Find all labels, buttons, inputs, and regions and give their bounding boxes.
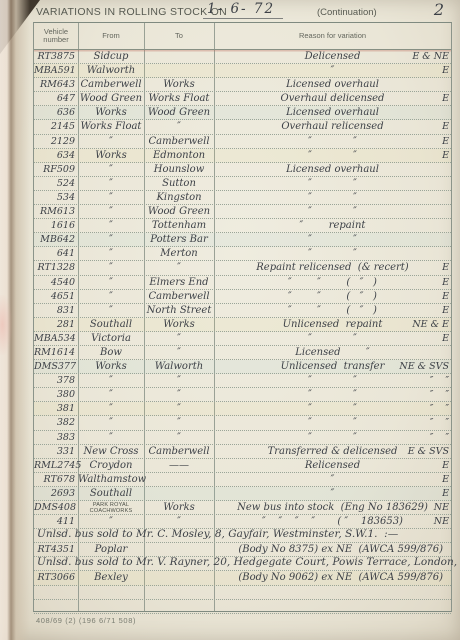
table-header: Vehicle number From To Reason for variat… bbox=[34, 23, 451, 50]
from-cell: ″ bbox=[78, 276, 144, 289]
reason-cell: ″ ″ ( ″ ) bbox=[214, 290, 451, 303]
table-row: 378″″″ ″″ ″ bbox=[34, 374, 451, 388]
from-cell: ″ bbox=[78, 431, 144, 444]
from-cell: Walworth bbox=[78, 64, 144, 77]
reason-cell: ″ ″ bbox=[214, 247, 451, 260]
vehicle-number-cell: RT1328 bbox=[34, 261, 78, 274]
code-cell: E bbox=[442, 332, 449, 345]
table-row: 641″Merton″ ″ bbox=[34, 247, 451, 261]
reason-cell: ″ ″ bbox=[214, 332, 451, 345]
reason-cell: Licensed overhaul bbox=[214, 106, 451, 119]
empty-row bbox=[34, 586, 451, 600]
code-cell: ″ ″ bbox=[430, 402, 449, 415]
table-row: 534″Kingston″ ″ bbox=[34, 191, 451, 205]
note-row: Unlsd. bus sold to Mr. C. Mosley, 8, Gay… bbox=[34, 529, 451, 543]
to-cell: Camberwell bbox=[144, 445, 214, 458]
column-header-reason: Reason for variation bbox=[214, 23, 451, 49]
from-cell: ″ bbox=[78, 135, 144, 148]
date-value: 1- 6- 72 bbox=[203, 1, 283, 19]
reason-cell: ″ ″ ( ″ ) bbox=[214, 304, 451, 317]
table-row: 380″″″ ″″ ″ bbox=[34, 388, 451, 402]
to-cell: ″ bbox=[144, 332, 214, 345]
vehicle-number-cell: 2129 bbox=[34, 135, 78, 148]
reason-cell: ″ ″ ″ ″ ( ″ 183653) bbox=[214, 515, 451, 528]
table-row: 524″Sutton″ ″ bbox=[34, 177, 451, 191]
empty-row bbox=[34, 600, 451, 614]
vehicle-number-cell: 647 bbox=[34, 92, 78, 105]
to-cell: Kingston bbox=[144, 191, 214, 204]
table-row: MB642″Potters Bar″ ″ bbox=[34, 233, 451, 247]
to-cell: ″ bbox=[144, 261, 214, 274]
from-cell: ″ bbox=[78, 163, 144, 176]
code-cell: E bbox=[442, 120, 449, 133]
from-cell: Victoria bbox=[78, 332, 144, 345]
to-cell: Camberwell bbox=[144, 290, 214, 303]
code-cell: ″ ″ bbox=[430, 388, 449, 401]
reason-cell: ″ bbox=[214, 64, 451, 77]
reason-cell: ″ bbox=[214, 473, 451, 486]
from-cell: ″ bbox=[78, 205, 144, 218]
rolling-stock-table: Vehicle number From To Reason for variat… bbox=[33, 22, 452, 612]
vehicle-number-cell: RM643 bbox=[34, 78, 78, 91]
code-cell: E bbox=[442, 92, 449, 105]
column-header-vehicle-number: Vehicle number bbox=[34, 23, 78, 49]
vehicle-number-cell: 378 bbox=[34, 374, 78, 387]
to-cell: Wood Green bbox=[144, 205, 214, 218]
to-cell bbox=[144, 50, 214, 63]
code-cell: E bbox=[442, 304, 449, 317]
reason-cell: Licensed ″ bbox=[214, 346, 451, 359]
reason-cell: (Body No 9062) ex NE (AWCA 599/876) bbox=[214, 571, 451, 584]
to-cell: Wood Green bbox=[144, 106, 214, 119]
reason-cell: ″ ″ bbox=[214, 135, 451, 148]
vehicle-number-cell: DMS377 bbox=[34, 360, 78, 373]
to-cell bbox=[144, 473, 214, 486]
from-cell: ″ bbox=[78, 233, 144, 246]
vehicle-number-cell: RT3875 bbox=[34, 50, 78, 63]
table-row: RM1614Bow″Licensed ″ bbox=[34, 346, 451, 360]
table-row: RT3875SidcupDelicensedE & NE bbox=[34, 50, 451, 64]
from-cell: ″ bbox=[78, 261, 144, 274]
vehicle-number-cell: 2693 bbox=[34, 487, 78, 500]
column-header-from: From bbox=[78, 23, 144, 49]
vehicle-number-cell: 411 bbox=[34, 515, 78, 528]
vehicle-number-cell: 641 bbox=[34, 247, 78, 260]
table-row: MBA534Victoria″″ ″E bbox=[34, 332, 451, 346]
vehicle-number-cell: RT4351 bbox=[34, 543, 78, 556]
table-row: RF509″HounslowLicensed overhaul bbox=[34, 163, 451, 177]
vehicle-number-cell: 281 bbox=[34, 318, 78, 331]
code-cell: NE bbox=[434, 501, 449, 514]
reason-cell: Overhaul delicensed bbox=[214, 92, 451, 105]
reason-cell: New bus into stock (Eng No 183629) bbox=[214, 501, 451, 514]
reason-cell: Licensed overhaul bbox=[214, 78, 451, 91]
reason-cell: ″ ″ bbox=[214, 233, 451, 246]
to-cell: Elmers End bbox=[144, 276, 214, 289]
to-cell: North Street bbox=[144, 304, 214, 317]
vehicle-number-cell: MB642 bbox=[34, 233, 78, 246]
table-body: RT3875SidcupDelicensedE & NEMBA591Walwor… bbox=[34, 50, 451, 614]
vehicle-number-cell: 2145 bbox=[34, 120, 78, 133]
code-cell: E bbox=[442, 149, 449, 162]
table-row: 331New CrossCamberwellTransferred & deli… bbox=[34, 445, 451, 459]
table-row: RT3066Bexley(Body No 9062) ex NE (AWCA 5… bbox=[34, 571, 451, 585]
to-cell bbox=[144, 487, 214, 500]
vehicle-number-cell: DMS408 bbox=[34, 501, 78, 514]
table-row: 383″″″ ″″ ″ bbox=[34, 431, 451, 445]
to-cell: Merton bbox=[144, 247, 214, 260]
note-row: Unlsd. bus sold to Mr. V. Rayner, 20, He… bbox=[34, 557, 451, 571]
reason-cell: Relicensed bbox=[214, 459, 451, 472]
table-row: 636WorksWood GreenLicensed overhaul bbox=[34, 106, 451, 120]
from-cell: ″ bbox=[78, 374, 144, 387]
code-cell: NE & SVS bbox=[399, 360, 449, 373]
table-row: RML2745Croydon——RelicensedE bbox=[34, 459, 451, 473]
vehicle-number-cell: MBA534 bbox=[34, 332, 78, 345]
vehicle-number-cell: RF509 bbox=[34, 163, 78, 176]
table-row: DMS408PARK ROYAL COACHWORKSWorksNew bus … bbox=[34, 501, 451, 515]
note-text: Unlsd. bus sold to Mr. C. Mosley, 8, Gay… bbox=[37, 528, 398, 541]
to-cell: Works bbox=[144, 78, 214, 91]
code-cell: E bbox=[442, 473, 449, 486]
to-cell: ″ bbox=[144, 515, 214, 528]
reason-cell: ″ ″ bbox=[214, 205, 451, 218]
vehicle-number-cell: RML2745 bbox=[34, 459, 78, 472]
from-cell: Works Float bbox=[78, 120, 144, 133]
page-title: VARIATIONS IN ROLLING STOCK ON bbox=[36, 6, 227, 18]
from-cell: ″ bbox=[78, 402, 144, 415]
to-cell: ″ bbox=[144, 120, 214, 133]
vehicle-number-cell: 380 bbox=[34, 388, 78, 401]
table-row: 281SouthallWorksUnlicensed repaintNE & E bbox=[34, 318, 451, 332]
to-cell bbox=[144, 571, 214, 584]
to-cell: ″ bbox=[144, 346, 214, 359]
from-cell: Walthamstow bbox=[78, 473, 144, 486]
from-cell: Sidcup bbox=[78, 50, 144, 63]
code-cell: E & SVS bbox=[408, 445, 449, 458]
continuation-label: (Continuation) bbox=[317, 7, 377, 18]
to-cell: ″ bbox=[144, 374, 214, 387]
scanned-page: VARIATIONS IN ROLLING STOCK ON 1- 6- 72 … bbox=[0, 0, 460, 640]
reason-cell: ″ ″ bbox=[214, 402, 451, 415]
vehicle-number-cell: RT678 bbox=[34, 473, 78, 486]
code-cell: E & NE bbox=[412, 50, 449, 63]
to-cell: ″ bbox=[144, 416, 214, 429]
to-cell: Camberwell bbox=[144, 135, 214, 148]
vehicle-number-cell: MBA591 bbox=[34, 64, 78, 77]
to-cell: Works bbox=[144, 501, 214, 514]
reason-cell: ″ ″ bbox=[214, 431, 451, 444]
to-cell: Potters Bar bbox=[144, 233, 214, 246]
reason-cell: ″ ″ bbox=[214, 149, 451, 162]
from-cell: Camberwell bbox=[78, 78, 144, 91]
from-cell: ″ bbox=[78, 416, 144, 429]
to-cell: Sutton bbox=[144, 177, 214, 190]
to-cell: ″ bbox=[144, 388, 214, 401]
vehicle-number-cell: 831 bbox=[34, 304, 78, 317]
to-cell: ″ bbox=[144, 402, 214, 415]
vehicle-number-cell: 4540 bbox=[34, 276, 78, 289]
from-cell: PARK ROYAL COACHWORKS bbox=[78, 501, 144, 514]
table-row: RM643CamberwellWorksLicensed overhaul bbox=[34, 78, 451, 92]
reason-cell: ″ ″ bbox=[214, 374, 451, 387]
from-cell: Bexley bbox=[78, 571, 144, 584]
page-number: 2 bbox=[434, 0, 444, 19]
vehicle-number-cell: 636 bbox=[34, 106, 78, 119]
table-row: RT4351Poplar(Body No 8375) ex NE (AWCA 5… bbox=[34, 543, 451, 557]
scan-blotch bbox=[0, 295, 12, 355]
table-row: 647Wood GreenWorks FloatOverhaul delicen… bbox=[34, 92, 451, 106]
from-cell: Works bbox=[78, 149, 144, 162]
code-cell: ″ ″ bbox=[430, 416, 449, 429]
code-cell: E bbox=[442, 459, 449, 472]
vehicle-number-cell: 534 bbox=[34, 191, 78, 204]
table-row: 4651″Camberwell″ ″ ( ″ )E bbox=[34, 290, 451, 304]
to-cell: —— bbox=[144, 459, 214, 472]
reason-cell: (Body No 8375) ex NE (AWCA 599/876) bbox=[214, 543, 451, 556]
reason-cell: Overhaul relicensed bbox=[214, 120, 451, 133]
to-cell: Works bbox=[144, 318, 214, 331]
to-cell: Works Float bbox=[144, 92, 214, 105]
code-cell: E bbox=[442, 276, 449, 289]
reason-cell: ″ ″ bbox=[214, 177, 451, 190]
code-cell: E bbox=[442, 64, 449, 77]
vehicle-number-cell: RT3066 bbox=[34, 571, 78, 584]
title-bar: VARIATIONS IN ROLLING STOCK ON 1- 6- 72 … bbox=[0, 0, 460, 22]
code-cell: NE & E bbox=[412, 318, 449, 331]
to-cell: Tottenham bbox=[144, 219, 214, 232]
note-text: Unlsd. bus sold to Mr. V. Rayner, 20, He… bbox=[37, 556, 460, 569]
from-cell: ″ bbox=[78, 388, 144, 401]
vehicle-number-cell: 383 bbox=[34, 431, 78, 444]
vehicle-number-cell: 1616 bbox=[34, 219, 78, 232]
vehicle-number-cell: 382 bbox=[34, 416, 78, 429]
table-row: 634WorksEdmonton″ ″E bbox=[34, 149, 451, 163]
from-cell: ″ bbox=[78, 515, 144, 528]
reason-cell: Repaint relicensed (& recert) bbox=[214, 261, 451, 274]
table-row: 381″″″ ″″ ″ bbox=[34, 402, 451, 416]
reason-cell: ″ bbox=[214, 487, 451, 500]
from-cell: ″ bbox=[78, 219, 144, 232]
vehicle-number-cell: 524 bbox=[34, 177, 78, 190]
vehicle-number-cell: 381 bbox=[34, 402, 78, 415]
table-row: RM613″Wood Green″ ″ bbox=[34, 205, 451, 219]
from-cell: ″ bbox=[78, 304, 144, 317]
vehicle-number-cell: 4651 bbox=[34, 290, 78, 303]
table-row: 831″North Street″ ″ ( ″ )E bbox=[34, 304, 451, 318]
from-cell: Works bbox=[78, 360, 144, 373]
reason-cell: ″ repaint bbox=[214, 219, 451, 232]
from-cell: Works bbox=[78, 106, 144, 119]
from-cell: ″ bbox=[78, 177, 144, 190]
code-cell: NE bbox=[434, 515, 449, 528]
from-cell: ″ bbox=[78, 191, 144, 204]
vehicle-number-cell: RM1614 bbox=[34, 346, 78, 359]
code-cell: ″ ″ bbox=[430, 431, 449, 444]
from-cell: Southall bbox=[78, 318, 144, 331]
footer-code: 408/69 (2) (196 6/71 508) bbox=[36, 616, 136, 625]
table-row: 382″″″ ″″ ″ bbox=[34, 416, 451, 430]
table-row: RT678Walthamstow″E bbox=[34, 473, 451, 487]
column-header-to: To bbox=[144, 23, 214, 49]
to-cell: Hounslow bbox=[144, 163, 214, 176]
reason-cell: ″ ″ ( ″ ) bbox=[214, 276, 451, 289]
table-row: DMS377WorksWalworthUnlicensed transferNE… bbox=[34, 360, 451, 374]
table-row: RT1328″″Repaint relicensed (& recert)E bbox=[34, 261, 451, 275]
vehicle-number-cell: 331 bbox=[34, 445, 78, 458]
from-cell: Poplar bbox=[78, 543, 144, 556]
code-cell: ″ ″ bbox=[430, 374, 449, 387]
reason-cell: Licensed overhaul bbox=[214, 163, 451, 176]
from-cell: New Cross bbox=[78, 445, 144, 458]
code-cell: E bbox=[442, 290, 449, 303]
table-row: 2693Southall″E bbox=[34, 487, 451, 501]
to-cell: Walworth bbox=[144, 360, 214, 373]
from-cell: Croydon bbox=[78, 459, 144, 472]
code-cell: E bbox=[442, 487, 449, 500]
from-cell: ″ bbox=[78, 290, 144, 303]
code-cell: E bbox=[442, 135, 449, 148]
table-row: 2129″Camberwell″ ″E bbox=[34, 135, 451, 149]
vehicle-number-cell: RM613 bbox=[34, 205, 78, 218]
to-cell bbox=[144, 543, 214, 556]
to-cell: ″ bbox=[144, 431, 214, 444]
from-cell: Bow bbox=[78, 346, 144, 359]
table-row: MBA591Walworth″E bbox=[34, 64, 451, 78]
from-cell: Southall bbox=[78, 487, 144, 500]
from-cell: ″ bbox=[78, 247, 144, 260]
reason-cell: ″ ″ bbox=[214, 416, 451, 429]
table-row: 411″″″ ″ ″ ″ ( ″ 183653)NE bbox=[34, 515, 451, 529]
vehicle-number-cell: 634 bbox=[34, 149, 78, 162]
reason-cell: ″ ″ bbox=[214, 388, 451, 401]
to-cell: Edmonton bbox=[144, 149, 214, 162]
table-row: 1616″Tottenham″ repaint bbox=[34, 219, 451, 233]
table-row: 2145Works Float″Overhaul relicensedE bbox=[34, 120, 451, 134]
code-cell: E bbox=[442, 261, 449, 274]
reason-cell: ″ ″ bbox=[214, 191, 451, 204]
from-cell: Wood Green bbox=[78, 92, 144, 105]
to-cell bbox=[144, 64, 214, 77]
table-row: 4540″Elmers End″ ″ ( ″ )E bbox=[34, 276, 451, 290]
